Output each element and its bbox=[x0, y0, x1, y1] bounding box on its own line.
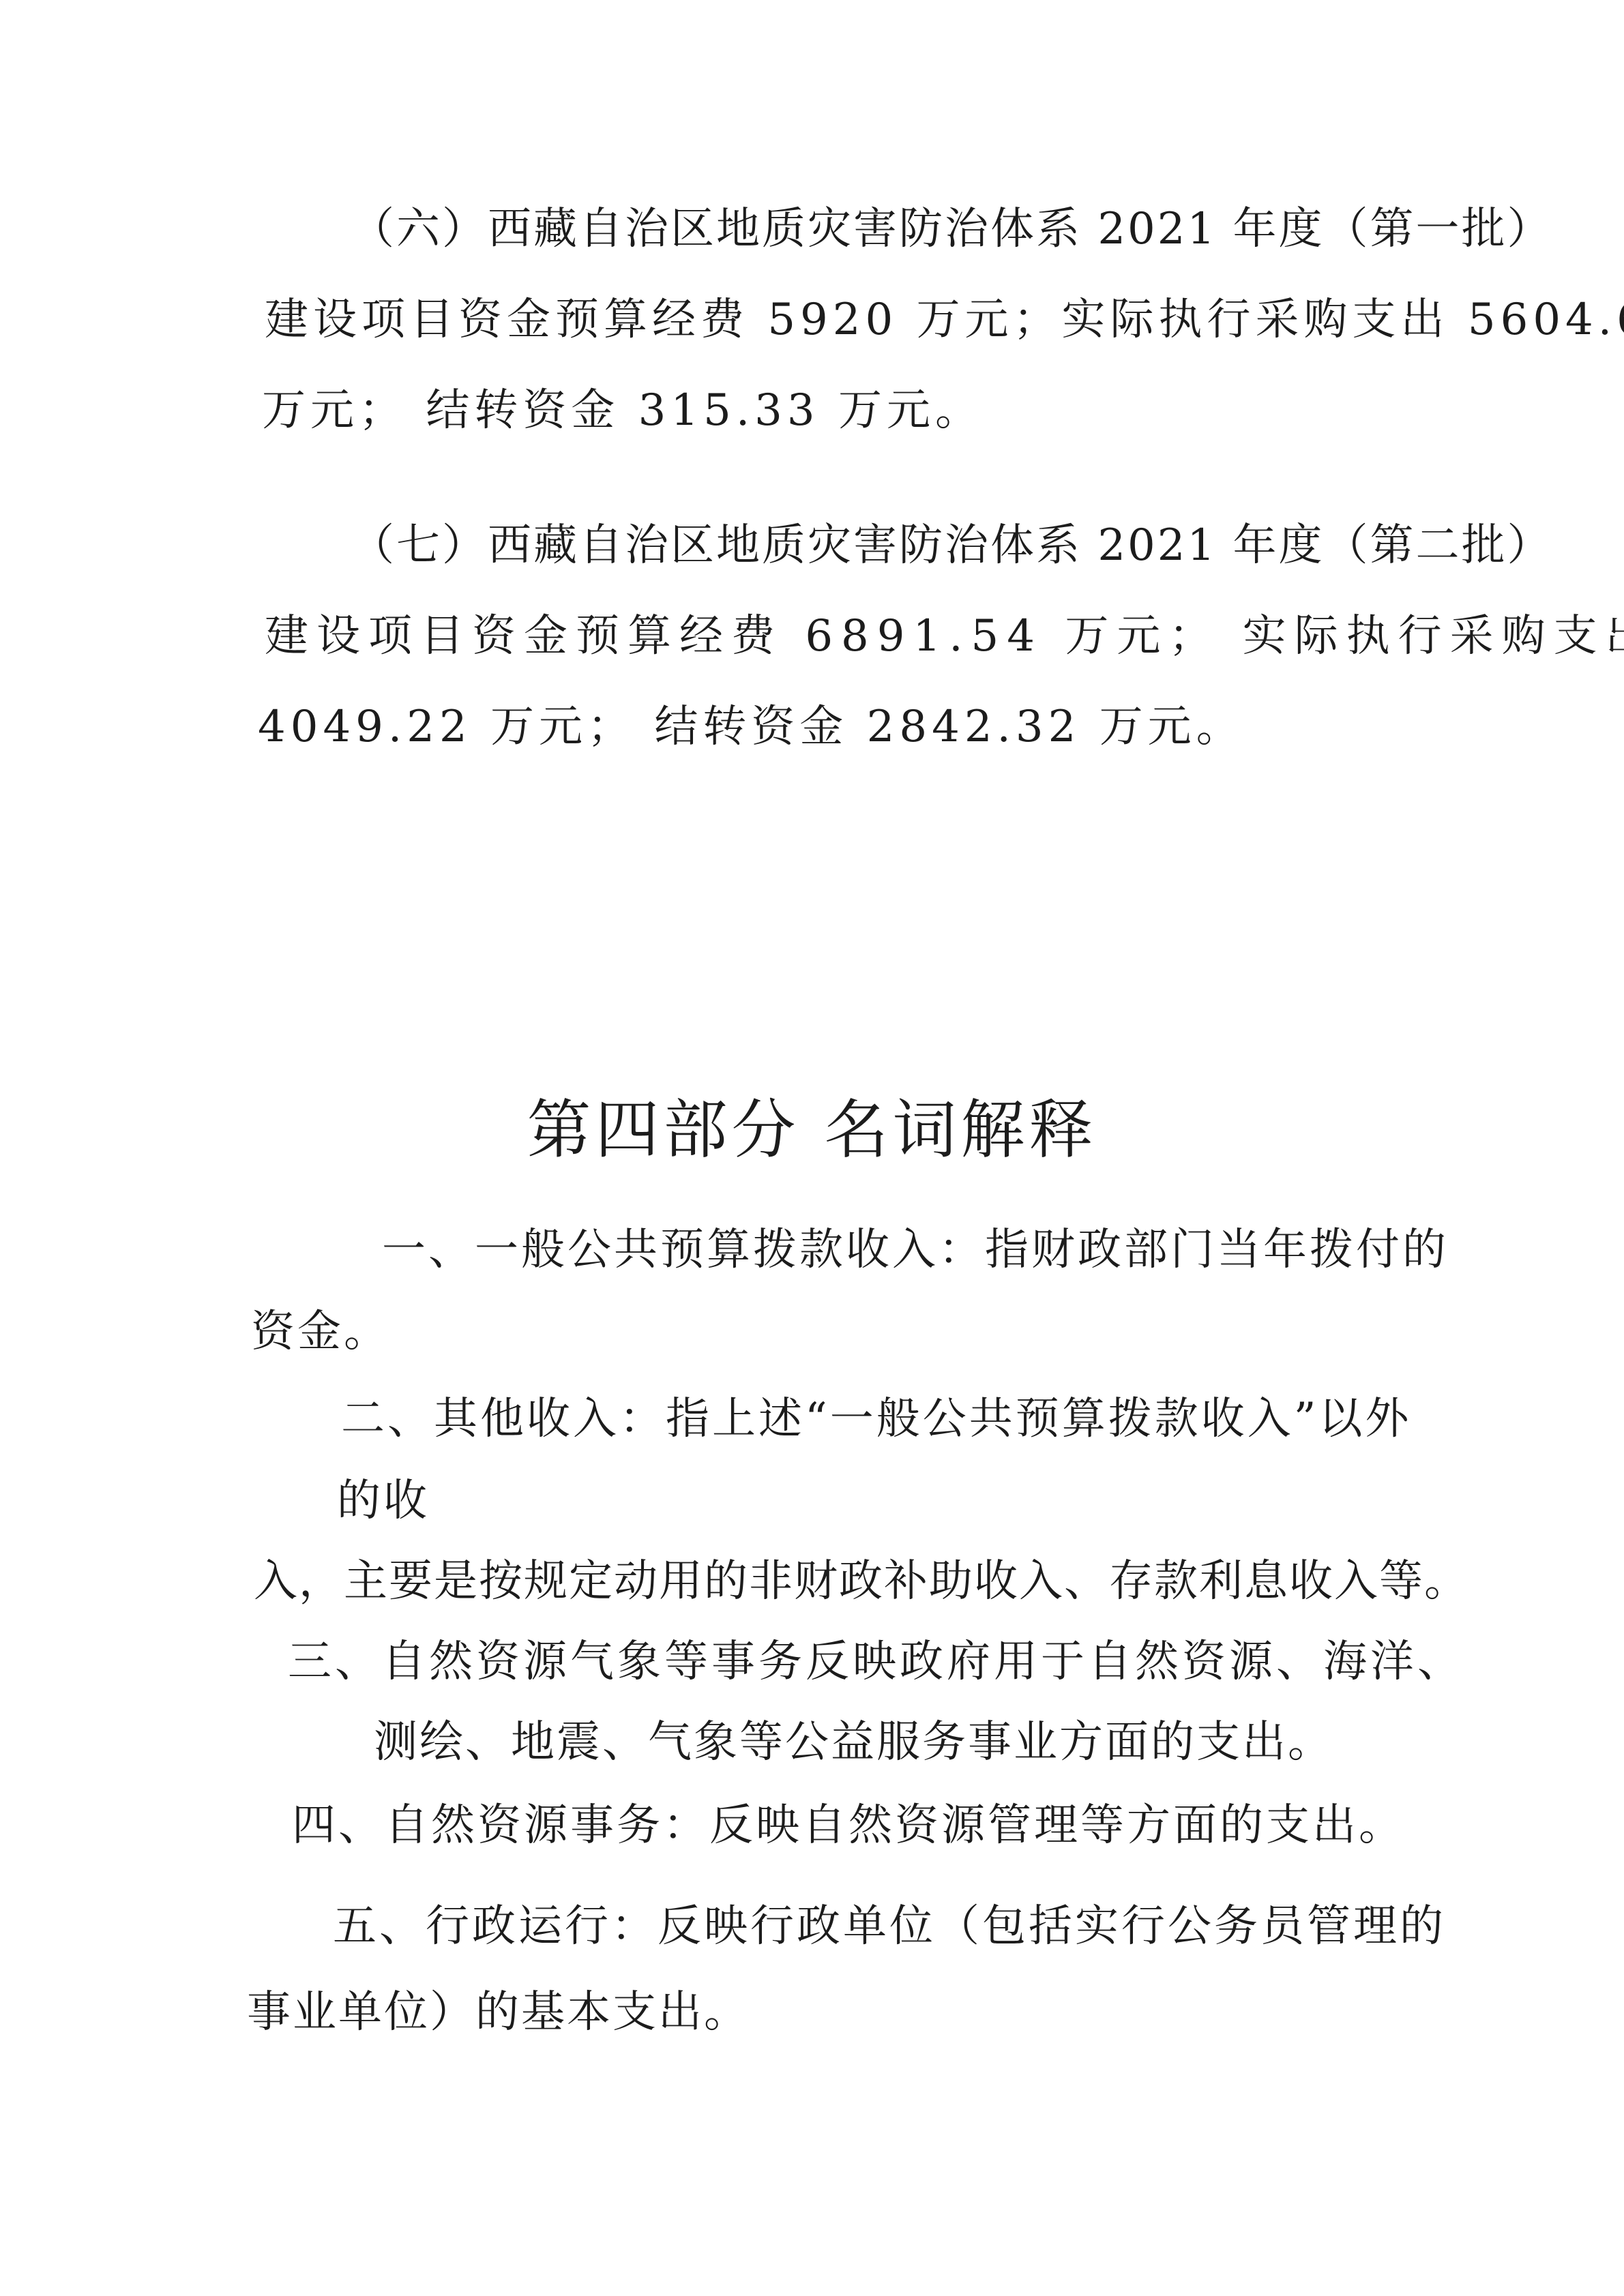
glossary-line-8: 四、自然资源事务：反映自然资源管理等方面的支出。 bbox=[292, 1801, 1405, 1851]
paragraph-7-line-2: 建设项目资金预算经费 6891.54 万元； 实际执行采购支出 bbox=[265, 612, 1624, 662]
paragraph-6-line-3: 万元； 结转资金 315.33 万元。 bbox=[262, 386, 984, 436]
glossary-line-4: 的收 bbox=[337, 1476, 430, 1527]
paragraph-6-line-1: （六）西藏自治区地质灾害防治体系 2021 年度（第一批） bbox=[351, 205, 1553, 255]
paragraph-6-line-2: 建设项目资金预算经费 5920 万元；实际执行采购支出 5604.67 bbox=[265, 295, 1624, 346]
glossary-line-7: 测绘、地震、气象等公益服务事业方面的支出。 bbox=[374, 1718, 1333, 1768]
glossary-line-3: 二、其他收入：指上述“一般公共预算拨款收入”以外 bbox=[341, 1395, 1411, 1445]
glossary-line-2: 资金。 bbox=[251, 1307, 390, 1358]
document-page: （六）西藏自治区地质灾害防治体系 2021 年度（第一批） 建设项目资金预算经费… bbox=[0, 0, 1624, 2296]
glossary-line-10: 事业单位）的基本支出。 bbox=[247, 1988, 750, 2038]
glossary-line-9: 五、行政运行：反映行政单位（包括实行公务员管理的 bbox=[333, 1902, 1446, 1952]
glossary-line-5: 入，主要是按规定动用的非财政补助收入、存款利息收入等。 bbox=[254, 1557, 1469, 1607]
paragraph-7-line-1: （七）西藏自治区地质灾害防治体系 2021 年度（第二批） bbox=[351, 521, 1553, 571]
glossary-line-1: 一、一般公共预算拨款收入：指财政部门当年拨付的 bbox=[382, 1225, 1449, 1276]
section-title: 第四部分 名词解释 bbox=[0, 1095, 1624, 1165]
glossary-line-6: 三、自然资源气象等事务反映政府用于自然资源、海洋、 bbox=[288, 1637, 1464, 1688]
paragraph-7-line-3: 4049.22 万元； 结转资金 2842.32 万元。 bbox=[258, 702, 1245, 753]
